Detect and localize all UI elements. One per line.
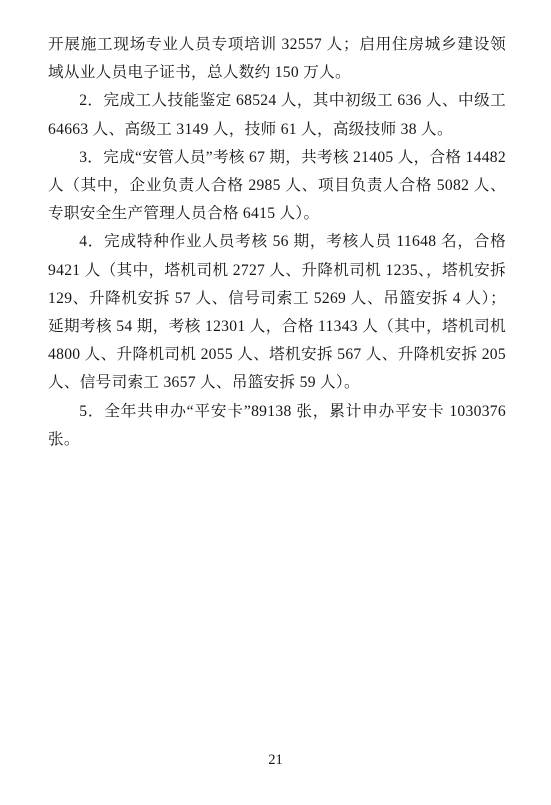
paragraph-item-4: 4．完成特种作业人员考核 56 期，考核人员 11648 名，合格 9421 人…	[48, 228, 506, 397]
paragraph-item-3: 3．完成“安管人员”考核 67 期，共考核 21405 人，合格 14482 人…	[48, 144, 506, 229]
page-number: 21	[0, 752, 551, 769]
paragraph-continuation: 开展施工现场专业人员专项培训 32557 人；启用住房城乡建设领域从业人员电子证…	[48, 31, 506, 87]
document-page: 开展施工现场专业人员专项培训 32557 人；启用住房城乡建设领域从业人员电子证…	[0, 0, 551, 805]
paragraph-item-2: 2．完成工人技能鉴定 68524 人，其中初级工 636 人、中级工 64663…	[48, 87, 506, 143]
document-body: 开展施工现场专业人员专项培训 32557 人；启用住房城乡建设领域从业人员电子证…	[48, 31, 506, 454]
paragraph-item-5: 5．全年共申办“平安卡”89138 张，累计申办平安卡 1030376 张。	[48, 398, 506, 454]
